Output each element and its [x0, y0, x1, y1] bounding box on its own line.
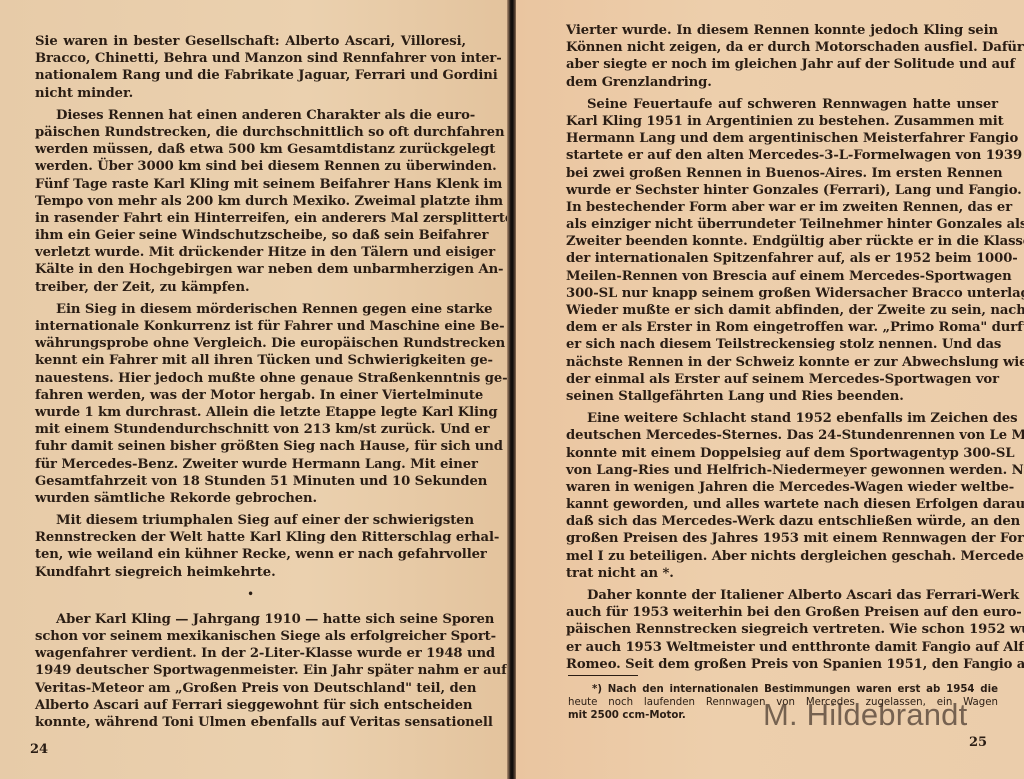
right-page: Vierter wurde. In diesem Rennen konnte j…: [516, 0, 1024, 779]
text-line: nauestens. Hier jedoch mußte ohne genaue…: [35, 370, 466, 387]
text-line: Aber Karl Kling — Jahrgang 1910 — hatte …: [35, 611, 466, 628]
text-line: daß sich das Mercedes-Werk dazu entschli…: [566, 513, 998, 530]
text-line: Ein Sieg in diesem mörderischen Rennen g…: [35, 301, 466, 318]
text-line: wurde 1 km durchrast. Allein die letzte …: [35, 404, 466, 421]
text-line: Tempo von mehr als 200 km durch Mexiko. …: [35, 193, 466, 210]
text-line: trat nicht an *.: [566, 565, 998, 582]
text-line: Eine weitere Schlacht stand 1952 ebenfal…: [566, 410, 998, 427]
text-line: Vierter wurde. In diesem Rennen konnte j…: [566, 22, 998, 39]
text-line: päischen Rennstrecken siegreich vertrete…: [566, 621, 998, 638]
paragraph: Dieses Rennen hat einen anderen Charakte…: [35, 107, 466, 296]
text-line: nicht minder.: [35, 85, 466, 102]
text-line: in rasender Fahrt ein Hinterreifen, ein …: [35, 210, 466, 227]
text-line: aber siegte er noch im gleichen Jahr auf…: [566, 56, 998, 73]
text-line: 1949 deutscher Sportwagenmeister. Ein Ja…: [35, 662, 466, 679]
paragraph: Ein Sieg in diesem mörderischen Rennen g…: [35, 301, 466, 507]
text-line: werden müssen, daß etwa 500 km Gesamtdis…: [35, 141, 466, 158]
text-line: der einmal als Erster auf seinem Mercede…: [566, 371, 998, 388]
text-line: 300-SL nur knapp seinem großen Widersach…: [566, 285, 998, 302]
text-line: nationalem Rang und die Fabrikate Jaguar…: [35, 67, 466, 84]
text-line: startete er auf den alten Mercedes-3-L-F…: [566, 147, 998, 164]
text-line: auch für 1953 weiterhin bei den Großen P…: [566, 604, 998, 621]
text-line: konnte mit einem Doppelsieg auf dem Spor…: [566, 445, 998, 462]
footnote-line: *) Nach den internationalen Bestimmungen…: [568, 683, 998, 696]
text-line: bei zwei großen Rennen in Buenos-Aires. …: [566, 165, 998, 182]
text-line: In bestechender Form aber war er im zwei…: [566, 199, 998, 216]
text-line: Wieder mußte er sich damit abfinden, der…: [566, 302, 998, 319]
page-number: 24: [30, 742, 48, 757]
paragraph: Aber Karl Kling — Jahrgang 1910 — hatte …: [35, 611, 466, 731]
paragraph: Sie waren in bester Gesellschaft: Albert…: [35, 33, 466, 102]
text-line: nächste Rennen in der Schweiz konnte er …: [566, 354, 998, 371]
text-line: Kundfahrt siegreich heimkehrte.: [35, 564, 466, 581]
text-line: mel I zu beteiligen. Aber nichts derglei…: [566, 548, 998, 565]
text-line: treiber, der Zeit, zu kämpfen.: [35, 279, 466, 296]
section-separator: •: [35, 586, 466, 603]
text-line: mit einem Stundendurchschnitt von 213 km…: [35, 421, 466, 438]
text-line: als einziger nicht überrundeter Teilnehm…: [566, 216, 998, 233]
text-line: Veritas-Meteor am „Großen Preis von Deut…: [35, 680, 466, 697]
paragraph: Seine Feuertaufe auf schweren Rennwagen …: [566, 96, 998, 405]
text-line: dem Grenzlandring.: [566, 74, 998, 91]
text-line: waren in wenigen Jahren die Mercedes-Wag…: [566, 479, 998, 496]
watermark: M. Hildebrandt: [763, 697, 967, 733]
text-line: ten, wie weiland ein kühner Recke, wenn …: [35, 546, 466, 563]
text-line: Alberto Ascari auf Ferrari sieggewohnt f…: [35, 697, 466, 714]
page-number: 25: [969, 735, 987, 750]
left-page-body: Sie waren in bester Gesellschaft: Albert…: [35, 33, 466, 736]
text-line: Bracco, Chinetti, Behra und Manzon sind …: [35, 50, 466, 67]
text-line: Daher konnte der Italiener Alberto Ascar…: [566, 587, 998, 604]
text-line: seinen Stallgefährten Lang und Ries been…: [566, 388, 998, 405]
text-line: Sie waren in bester Gesellschaft: Albert…: [35, 33, 466, 50]
text-line: Können nicht zeigen, da er durch Motorsc…: [566, 39, 998, 56]
text-line: der internationalen Spitzenfahrer auf, a…: [566, 250, 998, 267]
text-line: internationale Konkurrenz ist für Fahrer…: [35, 318, 466, 335]
text-line: Gesamtfahrzeit von 18 Stunden 51 Minuten…: [35, 473, 466, 490]
text-line: wurden sämtliche Rekorde gebrochen.: [35, 490, 466, 507]
text-line: fahren werden, was der Motor hergab. In …: [35, 387, 466, 404]
text-line: Zweiter beenden konnte. Endgültig aber r…: [566, 233, 998, 250]
text-line: Romeo. Seit dem großen Preis von Spanien…: [566, 656, 998, 673]
footnote-rule: [568, 675, 638, 676]
text-line: wurde er Sechster hinter Gonzales (Ferra…: [566, 182, 998, 199]
text-line: währungsprobe ohne Vergleich. Die europä…: [35, 335, 466, 352]
text-line: werden. Über 3000 km sind bei diesem Ren…: [35, 158, 466, 175]
text-line: päischen Rundstrecken, die durchschnittl…: [35, 124, 466, 141]
text-line: Meilen-Rennen von Brescia auf einem Merc…: [566, 268, 998, 285]
text-line: für Mercedes-Benz. Zweiter wurde Hermann…: [35, 456, 466, 473]
text-line: verletzt wurde. Mit drückender Hitze in …: [35, 244, 466, 261]
text-line: konnte, während Toni Ulmen ebenfalls auf…: [35, 714, 466, 731]
right-page-body: Vierter wurde. In diesem Rennen konnte j…: [566, 22, 998, 678]
text-line: ihm ein Geier seine Windschutzscheibe, s…: [35, 227, 466, 244]
text-line: er sich nach diesem Teilstreckensieg sto…: [566, 336, 998, 353]
text-line: Hermann Lang und dem argentinischen Meis…: [566, 130, 998, 147]
text-line: von Lang-Ries und Helfrich-Niedermeyer g…: [566, 462, 998, 479]
text-line: er auch 1953 Weltmeister und entthronte …: [566, 639, 998, 656]
text-line: kennt ein Fahrer mit all ihren Tücken un…: [35, 352, 466, 369]
text-line: Karl Kling 1951 in Argentinien zu besteh…: [566, 113, 998, 130]
text-line: deutschen Mercedes-Sternes. Das 24-Stund…: [566, 427, 998, 444]
text-line: Mit diesem triumphalen Sieg auf einer de…: [35, 512, 466, 529]
text-line: schon vor seinem mexikanischen Siege als…: [35, 628, 466, 645]
paragraph: Daher konnte der Italiener Alberto Ascar…: [566, 587, 998, 673]
text-line: fuhr damit seinen bisher größten Sieg na…: [35, 438, 466, 455]
text-line: großen Preisen des Jahres 1953 mit einem…: [566, 530, 998, 547]
text-line: Rennstrecken der Welt hatte Karl Kling d…: [35, 529, 466, 546]
paragraph: Mit diesem triumphalen Sieg auf einer de…: [35, 512, 466, 581]
paragraph: Vierter wurde. In diesem Rennen konnte j…: [566, 22, 998, 91]
left-page: Sie waren in bester Gesellschaft: Albert…: [0, 0, 509, 779]
text-line: Fünf Tage raste Karl Kling mit seinem Be…: [35, 176, 466, 193]
book-spread: Sie waren in bester Gesellschaft: Albert…: [0, 0, 1024, 779]
text-line: Kälte in den Hochgebirgen war neben dem …: [35, 261, 466, 278]
text-line: dem er als Erster in Rom eingetroffen wa…: [566, 319, 998, 336]
text-line: Seine Feuertaufe auf schweren Rennwagen …: [566, 96, 998, 113]
text-line: kannt geworden, und alles wartete nach d…: [566, 496, 998, 513]
paragraph: Eine weitere Schlacht stand 1952 ebenfal…: [566, 410, 998, 582]
text-line: wagenfahrer verdient. In der 2-Liter-Kla…: [35, 645, 466, 662]
text-line: Dieses Rennen hat einen anderen Charakte…: [35, 107, 466, 124]
